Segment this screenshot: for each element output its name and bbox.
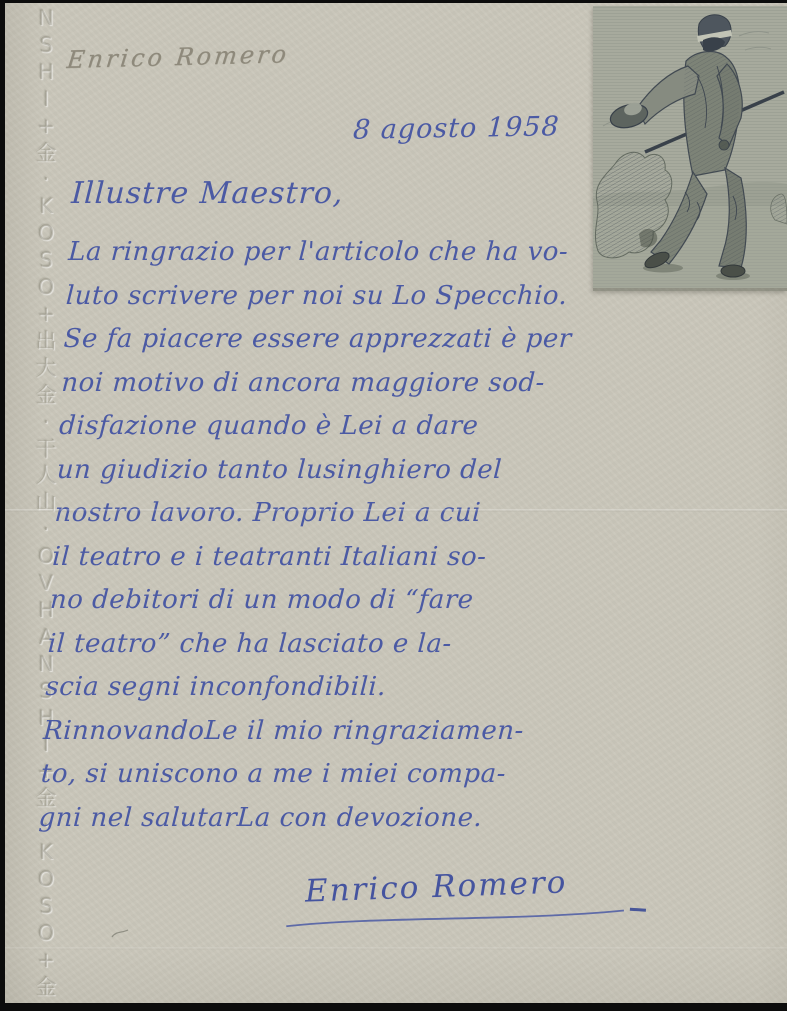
body-line: gni nel salutarLa con devozione. — [37, 797, 624, 841]
paper-fold-crease — [5, 509, 787, 512]
signature-block: Enrico Romero — [304, 864, 568, 909]
salutation: Illustre Maestro, — [70, 171, 657, 217]
ink-speck-mark — [111, 929, 129, 939]
body-line: scia segni inconfondibili. — [44, 666, 631, 710]
paper-fold-crease — [5, 947, 787, 950]
letterhead-name: Enrico Romero — [65, 40, 290, 74]
body-line: to, si uniscono a me i miei compa- — [40, 753, 627, 797]
body-line: RinnovandoLe il mio ringraziamen- — [42, 710, 629, 754]
body-line: Se fa piacere essere apprezzati è per — [63, 318, 650, 362]
body-line: La ringrazio per l'articolo che ha vo- — [67, 231, 654, 275]
body-line: il teatro e i teatranti Italiani so- — [51, 536, 638, 580]
scanned-letter-page: N S H I + 金 · K O S O + 出 大 金 · 干 人 山 · … — [0, 0, 787, 1011]
handwritten-date: 8 agosto 1958 — [352, 111, 560, 146]
body-line: il teatro” che ha lasciato e la- — [47, 623, 634, 667]
body-line: un giudizio tanto lusinghiero del — [56, 449, 643, 493]
body-line: disfazione quando è Lei a dare — [58, 405, 645, 449]
letter-paper: N S H I + 金 · K O S O + 出 大 金 · 干 人 山 · … — [5, 3, 787, 1003]
handwritten-signature: Enrico Romero — [304, 864, 568, 909]
body-line: nostro lavoro. Proprio Lei a cui — [53, 492, 640, 536]
body-line: no debitori di un modo di “fare — [49, 579, 636, 623]
body-line: noi motivo di ancora maggiore sod- — [60, 362, 647, 406]
body-line: luto scrivere per noi su Lo Specchio. — [65, 275, 652, 319]
letter-body: Illustre Maestro, La ringrazio per l'art… — [37, 171, 657, 840]
